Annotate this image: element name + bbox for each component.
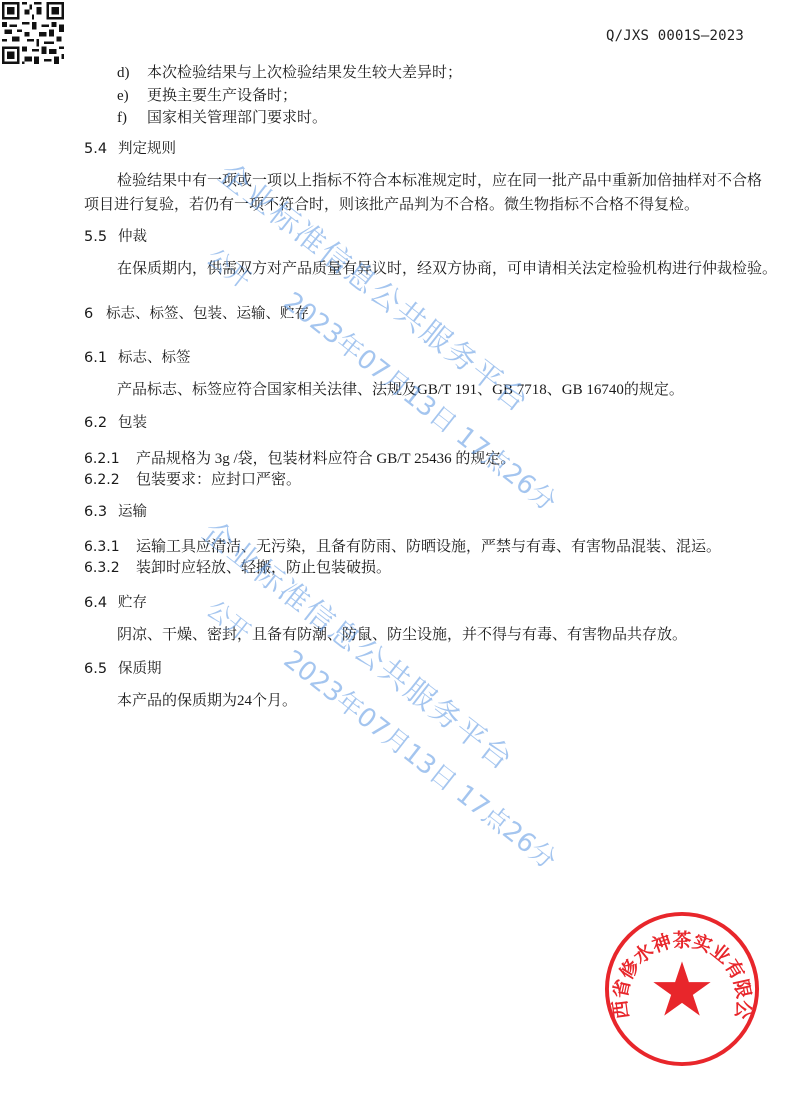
paragraph: 本产品的保质期为24个月。 [117,692,297,710]
section-title: 贮存 [118,595,147,611]
section-number: 5.5 [84,228,118,246]
company-seal: 江西省修水神茶实业有限公司 [603,910,761,1068]
paragraph: 在保质期内，供需双方对产品质量有异议时，经双方协商，可申请相关法定检验机构进行仲… [117,260,777,278]
section-number: 5.4 [84,140,118,158]
clause-number: 6.3.2 [84,559,136,577]
list-marker: f) [117,109,147,127]
watermark-datetime: 2023年07月13日 17点26分 [277,640,565,876]
section-heading-5-5: 5.5仲裁 [84,228,147,246]
watermark-datetime: 2023年07月13日 17点26分 [277,282,565,518]
star-icon [653,961,710,1015]
clause-number: 6.2.1 [84,450,136,468]
section-number: 6.5 [84,660,118,678]
paragraph: 阴凉、干燥、密封，且备有防潮、防鼠、防尘设施，并不得与有毒、有害物品共存放。 [117,626,687,644]
section-title: 保质期 [118,661,162,677]
list-item: f)国家相关管理部门要求时。 [117,109,327,127]
section-heading-6-4: 6.4贮存 [84,594,147,612]
clause-text: 包装要求：应封口严密。 [136,472,301,488]
section-number: 6.3 [84,503,118,521]
section-heading-6-3: 6.3运输 [84,503,147,521]
section-heading-5-4: 5.4判定规则 [84,140,176,158]
section-title: 判定规则 [118,141,176,157]
clause-6-3-2: 6.3.2装卸时应轻放、轻搬，防止包装破损。 [84,559,391,577]
clause-6-2-2: 6.2.2包装要求：应封口严密。 [84,471,301,489]
clause-6-2-1: 6.2.1产品规格为 3g /袋，包装材料应符合 GB/T 25436 的规定。 [84,450,515,468]
document-code: Q/JXS 0001S—2023 [606,28,744,44]
list-item: e)更换主要生产设备时； [117,87,297,105]
list-text: 国家相关管理部门要求时。 [147,110,327,126]
section-heading-6-5: 6.5保质期 [84,660,162,678]
section-number: 6.1 [84,349,118,367]
paragraph-line: 检验结果中有一项或一项以上指标不符合本标准规定时，应在同一批产品中重新加倍抽样对… [117,172,762,190]
clause-text: 产品规格为 3g /袋，包装材料应符合 GB/T 25436 的规定。 [136,451,515,467]
clause-text: 运输工具应清洁、无污染，且备有防雨、防晒设施，严禁与有毒、有害物品混装、混运。 [136,539,721,555]
section-number: 6 [84,305,106,323]
section-title: 仲裁 [118,229,147,245]
paragraph-line: 项目进行复验，若仍有一项不符合时，则该批产品判为不合格。微生物指标不合格不得复检… [84,196,699,214]
chapter-heading-6: 6标志、标签、包装、运输、贮存 [84,305,309,323]
section-number: 6.4 [84,594,118,612]
list-text: 本次检验结果与上次检验结果发生较大差异时； [147,65,462,81]
list-item: d)本次检验结果与上次检验结果发生较大差异时； [117,64,462,82]
clause-number: 6.2.2 [84,471,136,489]
list-text: 更换主要生产设备时； [147,88,297,104]
list-marker: d) [117,64,147,82]
section-heading-6-1: 6.1标志、标签 [84,349,191,367]
section-title: 标志、标签 [118,350,191,366]
qr-code-icon [2,2,64,64]
section-title: 包装 [118,415,147,431]
list-marker: e) [117,87,147,105]
clause-6-3-1: 6.3.1运输工具应清洁、无污染，且备有防雨、防晒设施，严禁与有毒、有害物品混装… [84,538,721,556]
section-title: 运输 [118,504,147,520]
section-title: 标志、标签、包装、运输、贮存 [106,306,309,322]
clause-number: 6.3.1 [84,538,136,556]
section-number: 6.2 [84,414,118,432]
clause-text: 装卸时应轻放、轻搬，防止包装破损。 [136,560,391,576]
paragraph: 产品标志、标签应符合国家相关法律、法规及GB/T 191、GB 7718、GB … [117,381,684,399]
section-heading-6-2: 6.2包装 [84,414,147,432]
